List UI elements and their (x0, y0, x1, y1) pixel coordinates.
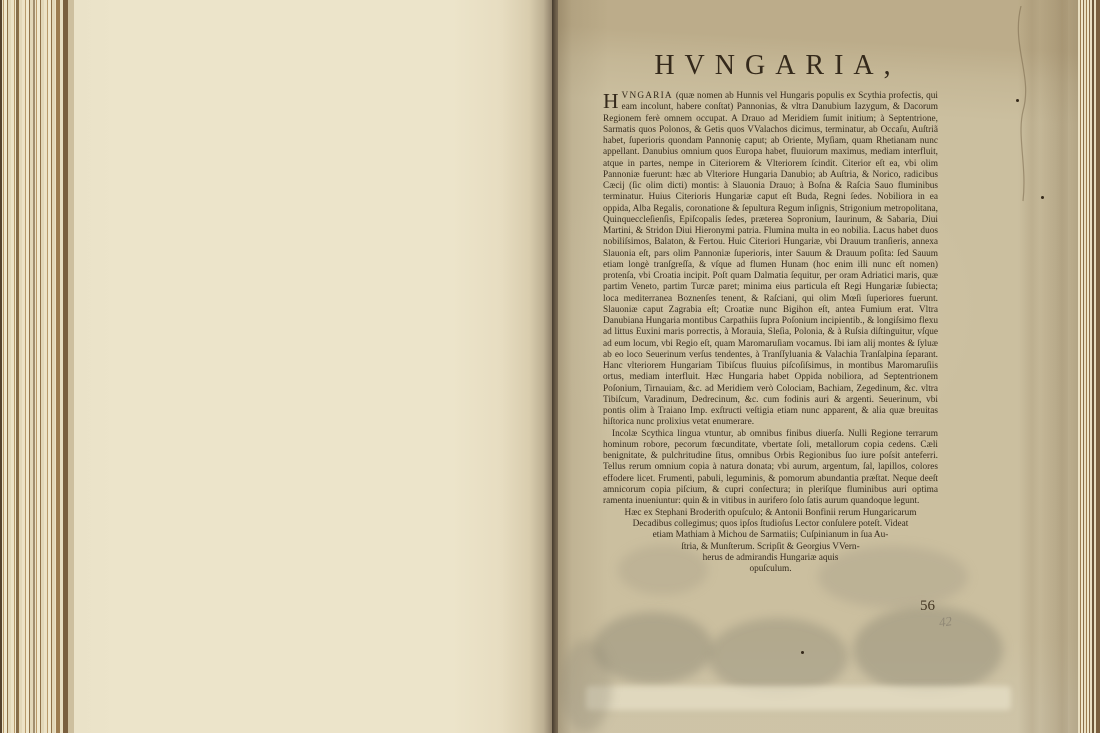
show-through-stain (853, 606, 1003, 694)
page-title: HVNGARIA, (603, 50, 938, 82)
colophon-line: ſtria, & Munſterum. Scripſit & Georgius … (603, 542, 938, 553)
body-paragraph-2: Incolæ Scythica lingua vtuntur, ab omnib… (603, 429, 938, 508)
ink-speck (1016, 99, 1019, 102)
show-through-stain (708, 618, 848, 696)
paper-crack-line (993, 6, 1043, 206)
colophon-line: herus de admirandis Hungariæ aquis (603, 553, 938, 564)
colophon-line: Hæc ex Stephani Broderith opuſculo; & An… (603, 508, 938, 519)
show-through-stain (586, 686, 1011, 710)
left-blank-page (74, 0, 558, 733)
body-paragraph-1: HVNGARIA(quæ nomen ab Hunnis vel Hungari… (603, 91, 938, 429)
right-page: HVNGARIA, HVNGARIA(quæ nomen ab Hunnis v… (558, 0, 1078, 733)
ink-speck (801, 651, 804, 654)
paragraph-1-text: (quæ nomen ab Hunnis vel Hungaris populi… (603, 91, 938, 427)
page-number: 56 (920, 598, 935, 615)
colophon-line: etiam Mathiam à Michou de Sarmatiis; Cuſ… (603, 530, 938, 541)
colophon-line: opuſculum. (603, 564, 938, 575)
right-fore-edge-pages (1078, 0, 1100, 733)
show-through-stain (560, 640, 612, 732)
ink-speck (1041, 196, 1044, 199)
handwritten-folio-number: 42 (938, 613, 953, 631)
incipit-word: VNGARIA (622, 91, 673, 101)
text-block: HVNGARIA, HVNGARIA(quæ nomen ab Hunnis v… (603, 50, 938, 575)
closing-colophon: Hæc ex Stephani Broderith opuſculo; & An… (603, 508, 938, 575)
colophon-line: Decadibus collegimus; quos ipſos ſtudioſ… (603, 519, 938, 530)
left-fore-edge-pages (0, 0, 74, 733)
drop-cap-initial: H (603, 91, 622, 111)
book-spread: HVNGARIA, HVNGARIA(quæ nomen ab Hunnis v… (0, 0, 1100, 733)
